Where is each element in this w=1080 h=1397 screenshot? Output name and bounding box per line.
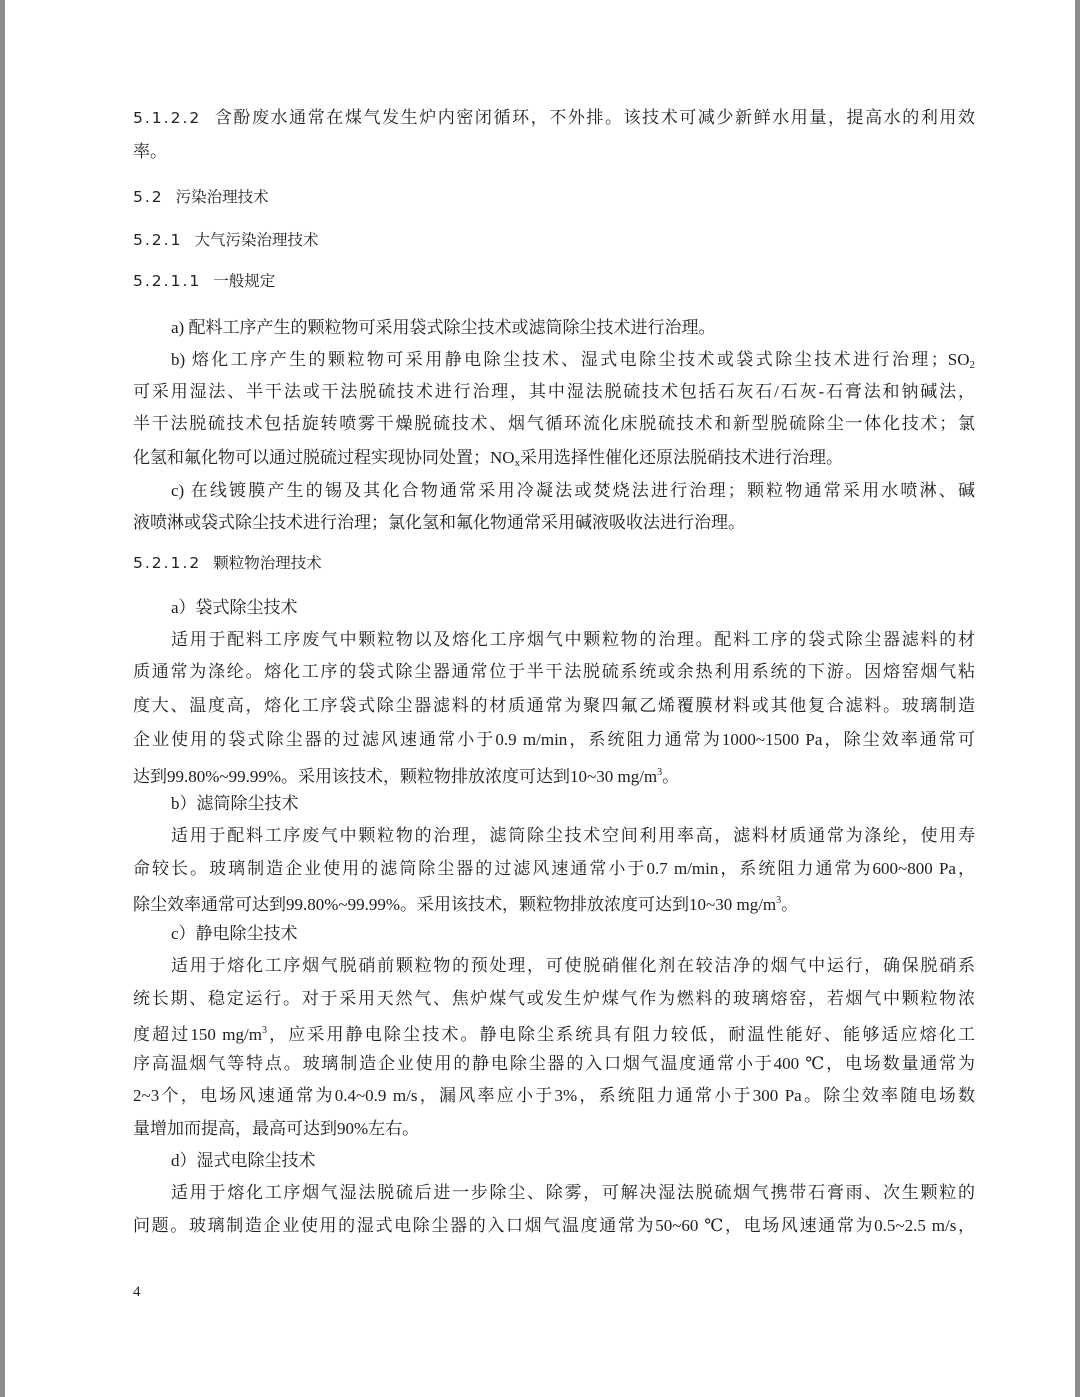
subheading-cartridge-filter: b）滤筒除尘技术 — [171, 793, 975, 815]
subheading-wet-electrostatic: d）湿式电除尘技术 — [171, 1150, 975, 1172]
body-line: 达到99.80%~99.99%。采用该技术，颗粒物排放浓度可达到10~30 mg… — [133, 762, 975, 788]
heading-title: 污染治理技术 — [176, 188, 269, 206]
list-item-b-line: 半干法脱硫技术包括旋转喷雾干燥脱硫技术、烟气循环流化床脱硫技术和新型脱硫除尘一体… — [133, 413, 975, 435]
clause-number-text: 5.1.2.2 — [133, 109, 201, 127]
paragraph-text: 含酚废水通常在煤气发生炉内密闭循环，不外排。该技术可减少新鲜水用量，提高水的利用… — [213, 108, 975, 127]
body-line: 2~3个，电场风速通常为0.4~0.9 m/s，漏风率应小于3%，系统阻力通常小… — [133, 1085, 975, 1107]
body-line: 适用于配料工序废气中颗粒物的治理，滤筒除尘技术空间利用率高，滤料材质通常为涤纶，… — [171, 825, 975, 847]
body-line: 问题。玻璃制造企业使用的湿式电除尘器的入口烟气温度通常为50~60 ℃，电场风速… — [133, 1215, 975, 1237]
body-line: 企业使用的袋式除尘器的过滤风速通常小于0.9 m/min，系统阻力通常为1000… — [133, 729, 975, 751]
heading-title: 颗粒物治理技术 — [213, 554, 322, 572]
list-item-b-line: b) 熔化工序产生的颗粒物可采用静电除尘技术、湿式电除尘技术或袋式除尘技术进行治… — [171, 349, 975, 376]
list-item-b-line: 化氢和氟化物可以通过脱硫过程实现协同处置；NOx采用选择性催化还原法脱硝技术进行… — [133, 447, 975, 474]
subscript: 2 — [970, 359, 976, 371]
list-item-a: a) 配料工序产生的颗粒物可采用袋式除尘技术或滤筒除尘技术进行治理。 — [171, 317, 975, 339]
list-item-c-line: 液喷淋或袋式除尘技术进行治理；氯化氢和氟化物通常采用碱液吸收法进行治理。 — [133, 512, 975, 534]
body-line: 度超过150 mg/m3，应采用静电除尘技术。静电除尘系统具有阻力较低，耐温性能… — [133, 1020, 975, 1046]
document-page: 5.1.2.2含酚废水通常在煤气发生炉内密闭循环，不外排。该技术可减少新鲜水用量… — [0, 0, 1080, 1397]
heading-number: 5.2.1.2 — [133, 554, 201, 572]
line-text: 。 — [781, 895, 798, 914]
page-number: 4 — [133, 1282, 141, 1302]
line-text: 化氢和氟化物可以通过脱硫过程实现协同处置；NO — [133, 448, 515, 467]
line-text: b) 熔化工序产生的颗粒物可采用静电除尘技术、湿式电除尘技术或袋式除尘技术进行治… — [171, 350, 970, 369]
list-item-b-line: 可采用湿法、半干法或干法脱硫技术进行治理，其中湿法脱硫技术包括石灰石/石灰-石膏… — [133, 381, 975, 403]
section-heading-5-2-1-2: 5.2.1.2颗粒物治理技术 — [133, 552, 322, 574]
paragraph-line: 5.1.2.2含酚废水通常在煤气发生炉内密闭循环，不外排。该技术可减少新鲜水用量… — [133, 107, 975, 129]
body-line: 量增加而提高，最高可达到90%左右。 — [133, 1118, 975, 1140]
line-text: 度超过150 mg/m — [133, 1025, 262, 1044]
subheading-electrostatic: c）静电除尘技术 — [171, 923, 975, 945]
body-line: 适用于配料工序废气中颗粒物以及熔化工序烟气中颗粒物的治理。配料工序的袋式除尘器滤… — [171, 629, 975, 651]
clause-number: 5.1.2.2 — [133, 109, 213, 127]
heading-title: 大气污染治理技术 — [194, 231, 318, 249]
paragraph-line: 率。 — [133, 141, 975, 163]
heading-number: 5.2.1.1 — [133, 272, 201, 290]
heading-number: 5.2.1 — [133, 231, 182, 249]
line-text: 采用选择性催化还原法脱硝技术进行治理。 — [520, 448, 843, 467]
list-item-c-line: c) 在线镀膜产生的锡及其化合物通常采用冷凝法或焚烧法进行治理；颗粒物通常采用水… — [171, 480, 975, 502]
line-text: 。 — [662, 767, 679, 786]
subheading-bag-filter: a）袋式除尘技术 — [171, 597, 975, 619]
heading-number: 5.2 — [133, 188, 164, 206]
line-text: ，应采用静电除尘技术。静电除尘系统具有阻力较低，耐温性能好、能够适应熔化工 — [267, 1025, 975, 1044]
section-heading-5-2-1-1: 5.2.1.1一般规定 — [133, 270, 275, 292]
section-heading-5-2-1: 5.2.1大气污染治理技术 — [133, 229, 318, 251]
body-line: 适用于熔化工序烟气湿法脱硫后进一步除尘、除雾，可解决湿法脱硫烟气携带石膏雨、次生… — [171, 1182, 975, 1204]
line-text: 达到99.80%~99.99%。采用该技术，颗粒物排放浓度可达到10~30 mg… — [133, 767, 657, 786]
body-line: 质通常为涤纶。熔化工序的袋式除尘器通常位于半干法脱硫系统或余热利用系统的下游。因… — [133, 661, 975, 683]
body-line: 度大、温度高，熔化工序袋式除尘器滤料的材质通常为聚四氟乙烯覆膜材料或其他复合滤料… — [133, 695, 975, 717]
body-line: 命较长。玻璃制造企业使用的滤筒除尘器的过滤风速通常小于0.7 m/min，系统阻… — [133, 858, 975, 880]
body-line: 统长期、稳定运行。对于采用天然气、焦炉煤气或发生炉煤气作为燃料的玻璃熔窑，若烟气… — [133, 988, 975, 1010]
heading-title: 一般规定 — [213, 272, 275, 290]
body-line: 除尘效率通常可达到99.80%~99.99%。采用该技术，颗粒物排放浓度可达到1… — [133, 890, 975, 916]
body-line: 序高温烟气等特点。玻璃制造企业使用的静电除尘器的入口烟气温度通常小于400 ℃，… — [133, 1053, 975, 1075]
line-text: 除尘效率通常可达到99.80%~99.99%。采用该技术，颗粒物排放浓度可达到1… — [133, 895, 776, 914]
body-line: 适用于熔化工序烟气脱硝前颗粒物的预处理，可使脱硝催化剂在较洁净的烟气中运行，确保… — [171, 955, 975, 977]
section-heading-5-2: 5.2污染治理技术 — [133, 186, 269, 208]
